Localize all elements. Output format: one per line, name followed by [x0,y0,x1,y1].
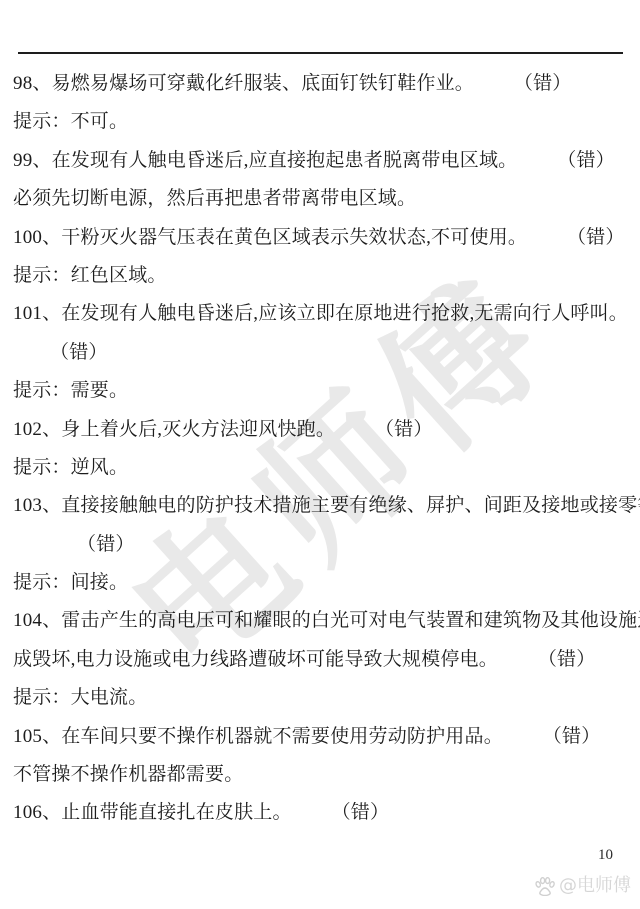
line-text: 必须先切断电源，然后再把患者带离带电区域。 [13,188,416,209]
line-text: 提示：大电流。 [13,687,147,708]
line-text: 不管操不操作机器都需要。 [13,764,243,785]
answer-marker: （错） [384,419,432,440]
line-text: 105、在车间只要不操作机器就不需要使用劳动防护用品。 [13,726,503,747]
question-line: 103、直接接触触电的防护技术措施主要有绝缘、屏护、间距及接地或接零等。 [13,487,627,525]
question-line: 101、在发现有人触电昏迷后,应该立即在原地进行抢救,无需向行人呼叫。 [13,295,627,333]
line-text: 106、止血带能直接扎在皮肤上。 [13,802,292,823]
line-text: 99、在发现有人触电昏迷后,应直接抱起患者脱离带电区域。 [13,150,517,171]
line-text: 98、易燃易爆场可穿戴化纤服装、底面钉铁钉鞋作业。 [13,73,474,94]
hint-line: 提示：大电流。 [13,679,627,717]
hint-line: 不管操不操作机器都需要。 [13,756,627,794]
line-text: （错） [50,342,108,363]
hint-line: 提示：红色区域。 [13,257,627,295]
answer-marker: （错） [523,73,571,94]
line-text: （错） [77,534,135,555]
answer-marker: （错） [576,227,624,248]
answer-marker: （错） [567,150,615,171]
question-line: 105、在车间只要不操作机器就不需要使用劳动防护用品。（错） [13,718,627,756]
answer-marker: （错） [341,802,389,823]
line-text: 101、在发现有人触电昏迷后,应该立即在原地进行抢救,无需向行人呼叫。 [13,303,628,324]
question-line: 102、身上着火后,灭火方法迎风快跑。（错） [13,411,627,449]
hint-line: 提示：需要。 [13,372,627,410]
question-line: 100、干粉灭火器气压表在黄色区域表示失效状态,不可使用。（错） [13,219,627,257]
line-text: 100、干粉灭火器气压表在黄色区域表示失效状态,不可使用。 [13,227,527,248]
line-text: 提示：需要。 [13,380,128,401]
baidu-paw-icon [534,876,556,896]
document-page: 电师傅 98、易燃易爆场可穿戴化纤服装、底面钉铁钉鞋作业。（错）提示：不可。99… [0,0,640,909]
hint-line: 必须先切断电源，然后再把患者带离带电区域。 [13,180,627,218]
question-line: 104、雷击产生的高电压可和耀眼的白光可对电气装置和建筑物及其他设施造 [13,602,627,640]
page-number: 10 [598,845,613,865]
line-text: 102、身上着火后,灭火方法迎风快跑。 [13,419,335,440]
answer-marker: （错） [547,649,595,670]
line-text: 提示：不可。 [13,111,128,132]
hint-line: 提示：间接。 [13,564,627,602]
answer-marker-line: （错） [13,334,627,372]
question-list: 98、易燃易爆场可穿戴化纤服装、底面钉铁钉鞋作业。（错）提示：不可。99、在发现… [13,65,627,833]
line-text: 成毁坏,电力设施或电力线路遭破坏可能导致大规模停电。 [13,649,498,670]
hint-line: 提示：不可。 [13,103,627,141]
line-text: 104、雷击产生的高电压可和耀眼的白光可对电气装置和建筑物及其他设施造 [13,610,640,631]
hint-line: 提示：逆风。 [13,449,627,487]
question-line: 98、易燃易爆场可穿戴化纤服装、底面钉铁钉鞋作业。（错） [13,65,627,103]
question-line: 99、在发现有人触电昏迷后,应直接抱起患者脱离带电区域。（错） [13,142,627,180]
line-text: 提示：间接。 [13,572,128,593]
footer-watermark: @电师傅 [534,875,631,897]
header-rule [18,52,623,54]
answer-marker: （错） [552,726,600,747]
line-text: 103、直接接触触电的防护技术措施主要有绝缘、屏护、间距及接地或接零等。 [13,495,640,516]
question-line: 106、止血带能直接扎在皮肤上。（错） [13,794,627,832]
line-text: 提示：逆风。 [13,457,128,478]
footer-watermark-text: @电师傅 [559,875,631,897]
line-text: 提示：红色区域。 [13,265,167,286]
answer-marker-line: （错） [13,526,627,564]
question-line: 成毁坏,电力设施或电力线路遭破坏可能导致大规模停电。（错） [13,641,627,679]
